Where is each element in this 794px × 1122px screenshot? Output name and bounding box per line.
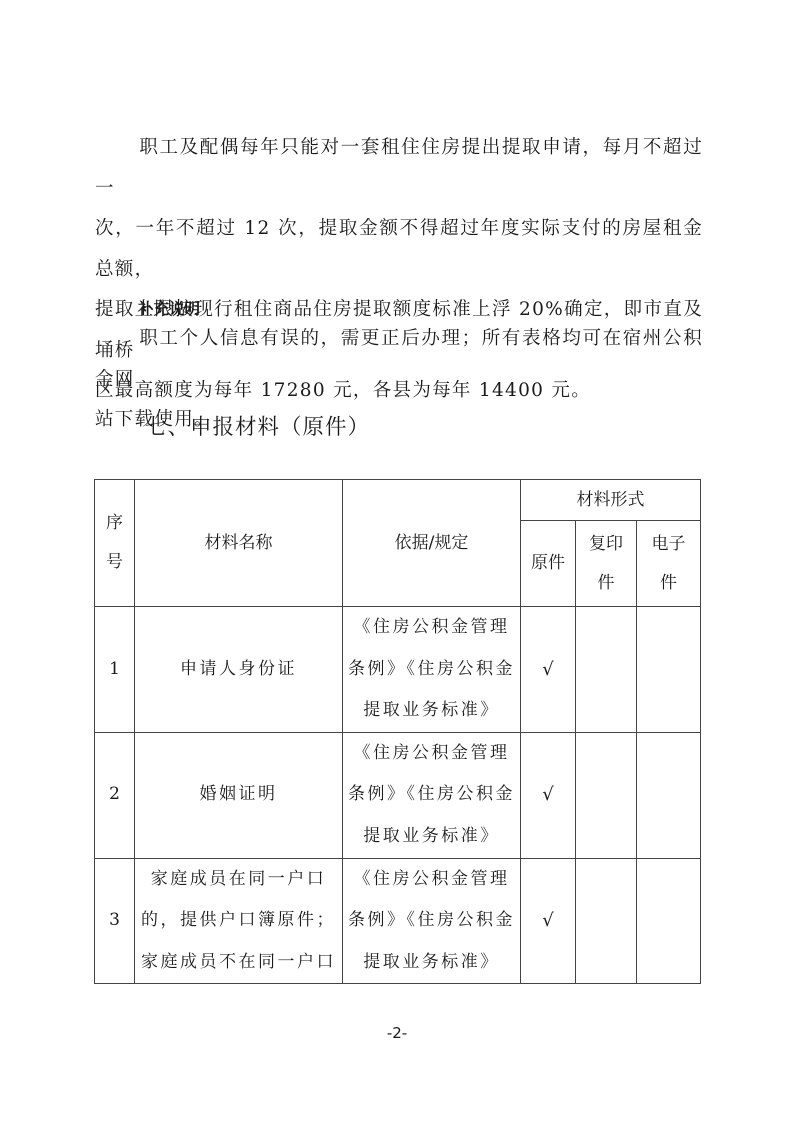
header-copy-line: 件	[576, 564, 636, 603]
header-seq-line: 序	[95, 504, 134, 543]
table-row: 3 家庭成员在同一户口 的，提供户口簿原件； 家庭成员不在同一户口 《住房公积金…	[95, 858, 701, 984]
cell-basis-line: 条例》《住房公积金	[343, 900, 520, 942]
header-copy-line: 复印	[576, 525, 636, 564]
cell-basis-line: 提取业务标准》	[343, 816, 520, 858]
cell-name-line: 家庭成员在同一户口	[135, 859, 342, 901]
cell-basis-line: 提取业务标准》	[343, 690, 520, 732]
cell-basis-line: 《住房公积金管理	[343, 607, 520, 649]
cell-name: 申请人身份证	[135, 607, 343, 733]
cell-electronic	[637, 607, 701, 733]
header-form-group: 材料形式	[521, 480, 701, 521]
cell-basis-line: 提取业务标准》	[343, 942, 520, 984]
cell-name-line: 申请人身份证	[135, 649, 342, 691]
paragraph-line: 职工个人信息有误的，需更正后办理；所有表格均可在宿州公积金网	[95, 319, 703, 400]
cell-basis: 《住房公积金管理 条例》《住房公积金 提取业务标准》	[343, 858, 521, 984]
header-seq: 序 号	[95, 480, 135, 607]
page-number: -2-	[0, 1024, 794, 1042]
cell-basis: 《住房公积金管理 条例》《住房公积金 提取业务标准》	[343, 732, 521, 858]
cell-original-check: √	[521, 607, 576, 733]
supplement-heading: 补充说明	[138, 297, 200, 319]
header-electronic-line: 件	[637, 564, 700, 603]
header-copy: 复印 件	[576, 521, 637, 607]
cell-name-line: 婚姻证明	[135, 774, 342, 816]
cell-copy	[576, 732, 637, 858]
header-basis: 依据/规定	[343, 480, 521, 607]
cell-basis-line: 条例》《住房公积金	[343, 774, 520, 816]
header-seq-line: 号	[95, 543, 134, 582]
header-electronic-line: 电子	[637, 525, 700, 564]
cell-name-line: 家庭成员不在同一户口	[135, 942, 342, 984]
cell-seq: 2	[95, 732, 135, 858]
paragraph-line: 职工及配偶每年只能对一套租住住房提出提取申请，每月不超过一	[95, 128, 703, 209]
cell-seq: 1	[95, 607, 135, 733]
cell-copy	[576, 607, 637, 733]
paragraph-line: 次，一年不超过 12 次，提取金额不得超过年度实际支付的房屋租金总额，	[95, 209, 703, 290]
header-name: 材料名称	[135, 480, 343, 607]
cell-copy	[576, 858, 637, 984]
header-original: 原件	[521, 521, 576, 607]
cell-name: 家庭成员在同一户口 的，提供户口簿原件； 家庭成员不在同一户口	[135, 858, 343, 984]
cell-seq: 3	[95, 858, 135, 984]
header-electronic: 电子 件	[637, 521, 701, 607]
cell-basis-line: 条例》《住房公积金	[343, 649, 520, 691]
cell-name-line: 的，提供户口簿原件；	[135, 900, 342, 942]
materials-table: 序 号 材料名称 依据/规定 材料形式 原件 复印 件 电子 件 1 申请人身份…	[94, 479, 701, 984]
paragraph-line-text: 职工个人信息有误的，需更正后办理；所有表格均可在宿州公积金网	[95, 328, 703, 390]
table-header-row: 序 号 材料名称 依据/规定 材料形式	[95, 480, 701, 521]
cell-name: 婚姻证明	[135, 732, 343, 858]
table-row: 2 婚姻证明 《住房公积金管理 条例》《住房公积金 提取业务标准》 √	[95, 732, 701, 858]
cell-electronic	[637, 732, 701, 858]
cell-original-check: √	[521, 858, 576, 984]
paragraph-line-text: 职工及配偶每年只能对一套租住住房提出提取申请，每月不超过一	[95, 137, 703, 199]
cell-basis: 《住房公积金管理 条例》《住房公积金 提取业务标准》	[343, 607, 521, 733]
table-row: 1 申请人身份证 《住房公积金管理 条例》《住房公积金 提取业务标准》 √	[95, 607, 701, 733]
section-title: 七、申报材料（原件）	[145, 410, 370, 441]
cell-original-check: √	[521, 732, 576, 858]
cell-basis-line: 《住房公积金管理	[343, 733, 520, 775]
cell-basis-line: 《住房公积金管理	[343, 859, 520, 901]
cell-electronic	[637, 858, 701, 984]
